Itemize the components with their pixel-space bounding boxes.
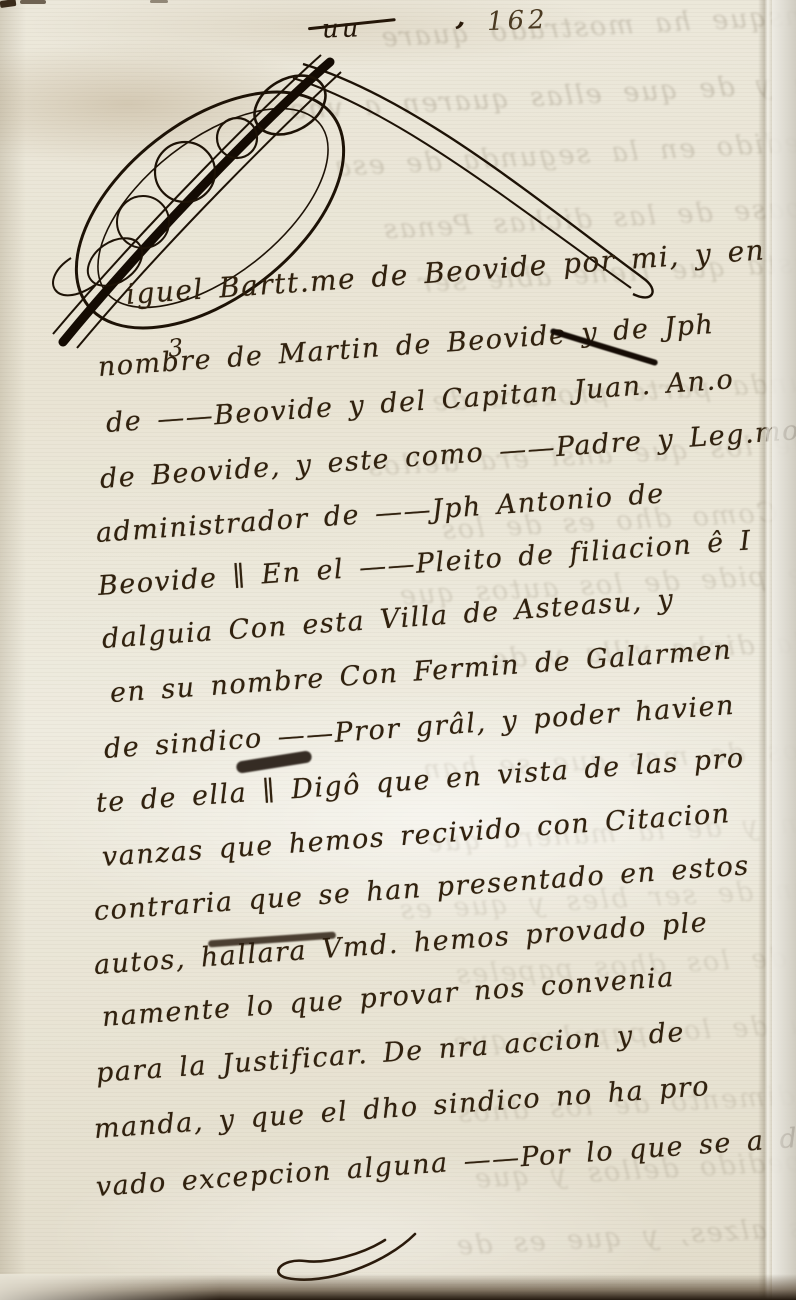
correction-mark: 3 bbox=[167, 333, 185, 362]
page-edge-shadow-fade bbox=[0, 1274, 220, 1300]
manuscript-text: iguel Bartt.me de Beovide por mi, y en n… bbox=[0, 0, 796, 1300]
page-fold-edge bbox=[758, 0, 772, 1300]
page-edge-right bbox=[772, 0, 796, 1300]
manuscript-page: nansque ha mostrado quare Beun y de que … bbox=[0, 0, 796, 1300]
corner-stain bbox=[20, 0, 46, 4]
corner-stain bbox=[150, 0, 168, 3]
manuscript-line: iguel Bartt.me de Beovide por mi, y en bbox=[125, 233, 766, 311]
